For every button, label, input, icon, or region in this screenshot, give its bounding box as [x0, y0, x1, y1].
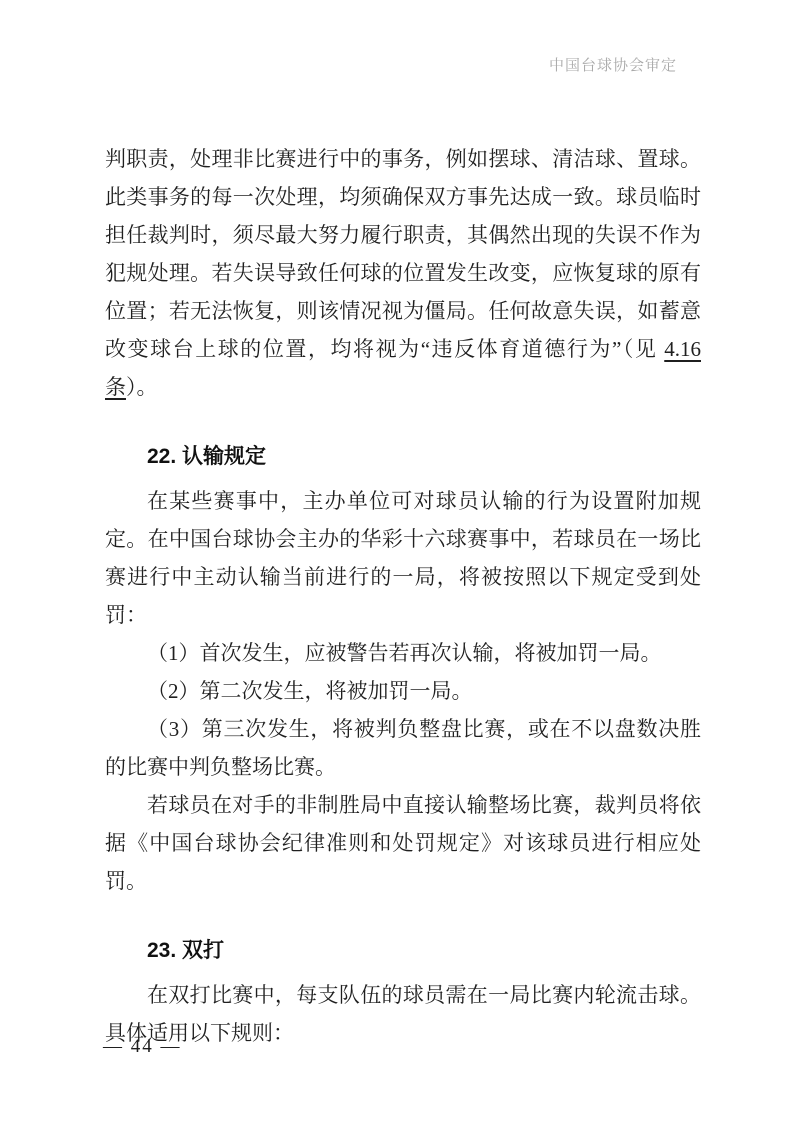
page-number: — 44 —	[103, 1036, 182, 1058]
document-page: 中国台球协会审定 判职责，处理非比赛进行中的事务，例如摆球、清洁球、置球。此类事…	[0, 0, 794, 1123]
paragraph-text-before-link: 判职责，处理非比赛进行中的事务，例如摆球、清洁球、置球。此类事务的每一次处理，均…	[105, 147, 701, 361]
section-22-item-3: （3）第三次发生，将被判负整盘比赛，或在不以盘数决胜的比赛中判负整场比赛。	[105, 710, 701, 786]
section-22-item-1: （1）首次发生，应被警告若再次认输，将被加罚一局。	[105, 634, 701, 672]
section-22-intro: 在某些赛事中，主办单位可对球员认输的行为设置附加规定。在中国台球协会主办的华彩十…	[105, 482, 701, 634]
section-23-heading: 23. 双打	[105, 932, 701, 970]
section-23-intro: 在双打比赛中，每支队伍的球员需在一局比赛内轮流击球。具体适用以下规则：	[105, 976, 701, 1052]
paragraph-text-after-link: ）。	[126, 375, 158, 399]
header-note: 中国台球协会审定	[549, 54, 677, 75]
section-22-heading: 22. 认输规定	[105, 438, 701, 476]
section-22-closing: 若球员在对手的非制胜局中直接认输整场比赛，裁判员将依据《中国台球协会纪律准则和处…	[105, 786, 701, 900]
document-content: 判职责，处理非比赛进行中的事务，例如摆球、清洁球、置球。此类事务的每一次处理，均…	[105, 140, 701, 1052]
paragraph-referee-duties: 判职责，处理非比赛进行中的事务，例如摆球、清洁球、置球。此类事务的每一次处理，均…	[105, 140, 701, 406]
section-22-item-2: （2）第二次发生，将被加罚一局。	[105, 672, 701, 710]
